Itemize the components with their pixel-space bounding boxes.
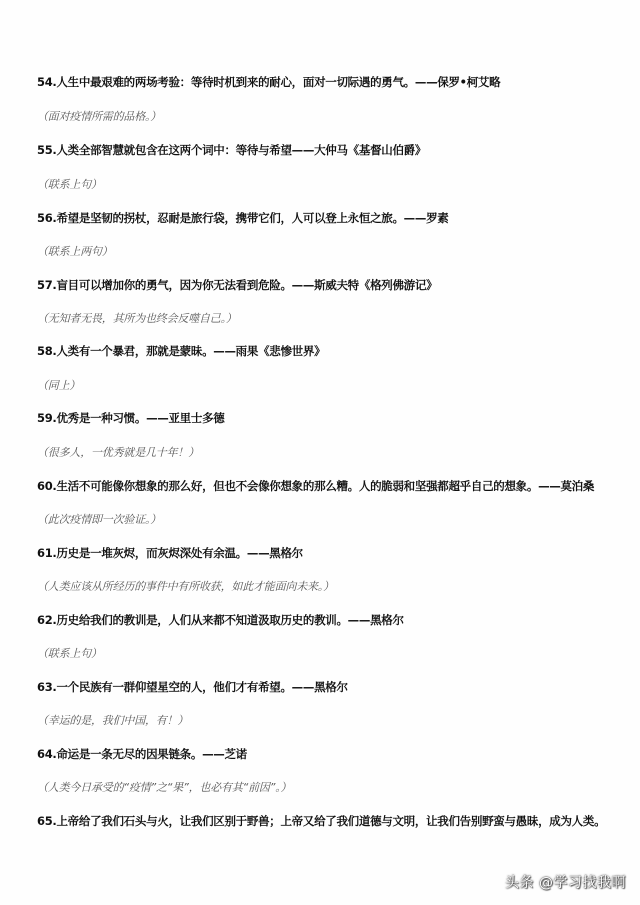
note-54: （面对疫情所需的品格。） xyxy=(37,108,161,124)
watermark: 头条 @学习找我啊 xyxy=(505,872,626,892)
quote-62: 62.历史给我们的教训是，人们从来都不知道汲取历史的教训。——黑格尔 xyxy=(37,612,404,628)
note-57: （无知者无畏，其所为也终会反噬自己。） xyxy=(37,310,237,326)
note-64: （人类今日承受的“疫情”之“果”，也必有其“前因”。） xyxy=(37,779,291,795)
quote-64: 64.命运是一条无尽的因果链条。——芝诺 xyxy=(37,746,247,762)
quote-58: 58.人类有一个暴君，那就是蒙昧。——雨果《悲惨世界》 xyxy=(37,343,325,359)
note-62: （联系上句） xyxy=(37,645,102,661)
quote-54: 54.人生中最艰难的两场考验：等待时机到来的耐心，面对一切际遇的勇气。——保罗•… xyxy=(37,74,500,90)
quote-56: 56.希望是坚韧的拐杖，忍耐是旅行袋，携带它们，人可以登上永恒之旅。——罗素 xyxy=(37,210,448,226)
note-59: （很多人，一优秀就是几十年！） xyxy=(37,444,199,460)
quote-59: 59.优秀是一种习惯。——亚里士多德 xyxy=(37,410,224,426)
quote-60: 60.生活不可能像你想象的那么好，但也不会像你想象的那么糟。人的脆弱和坚强都超乎… xyxy=(37,478,594,494)
document-page: 54.人生中最艰难的两场考验：等待时机到来的耐心，面对一切际遇的勇气。——保罗•… xyxy=(0,0,640,905)
quote-63: 63.一个民族有一群仰望星空的人，他们才有希望。——黑格尔 xyxy=(37,679,348,695)
note-60: （此次疫情即一次验证。） xyxy=(37,511,161,527)
quote-61: 61.历史是一堆灰烬，而灰烬深处有余温。——黑格尔 xyxy=(37,545,303,561)
note-63: （幸运的是，我们中国，有！） xyxy=(37,712,188,728)
note-55: （联系上句） xyxy=(37,176,102,192)
quote-55: 55.人类全部智慧就包含在这两个词中：等待与希望——大仲马《基督山伯爵》 xyxy=(37,142,426,158)
quote-57: 57.盲目可以增加你的勇气，因为你无法看到危险。——斯威夫特《格列佛游记》 xyxy=(37,277,437,293)
note-61: （人类应该从所经历的事件中有所收获，如此才能面向未来。） xyxy=(37,578,334,594)
note-58: （同上） xyxy=(37,377,80,393)
quote-65: 65.上帝给了我们石头与火，让我们区别于野兽；上帝又给了我们道德与文明，让我们告… xyxy=(37,813,605,829)
note-56: （联系上两句） xyxy=(37,243,113,259)
